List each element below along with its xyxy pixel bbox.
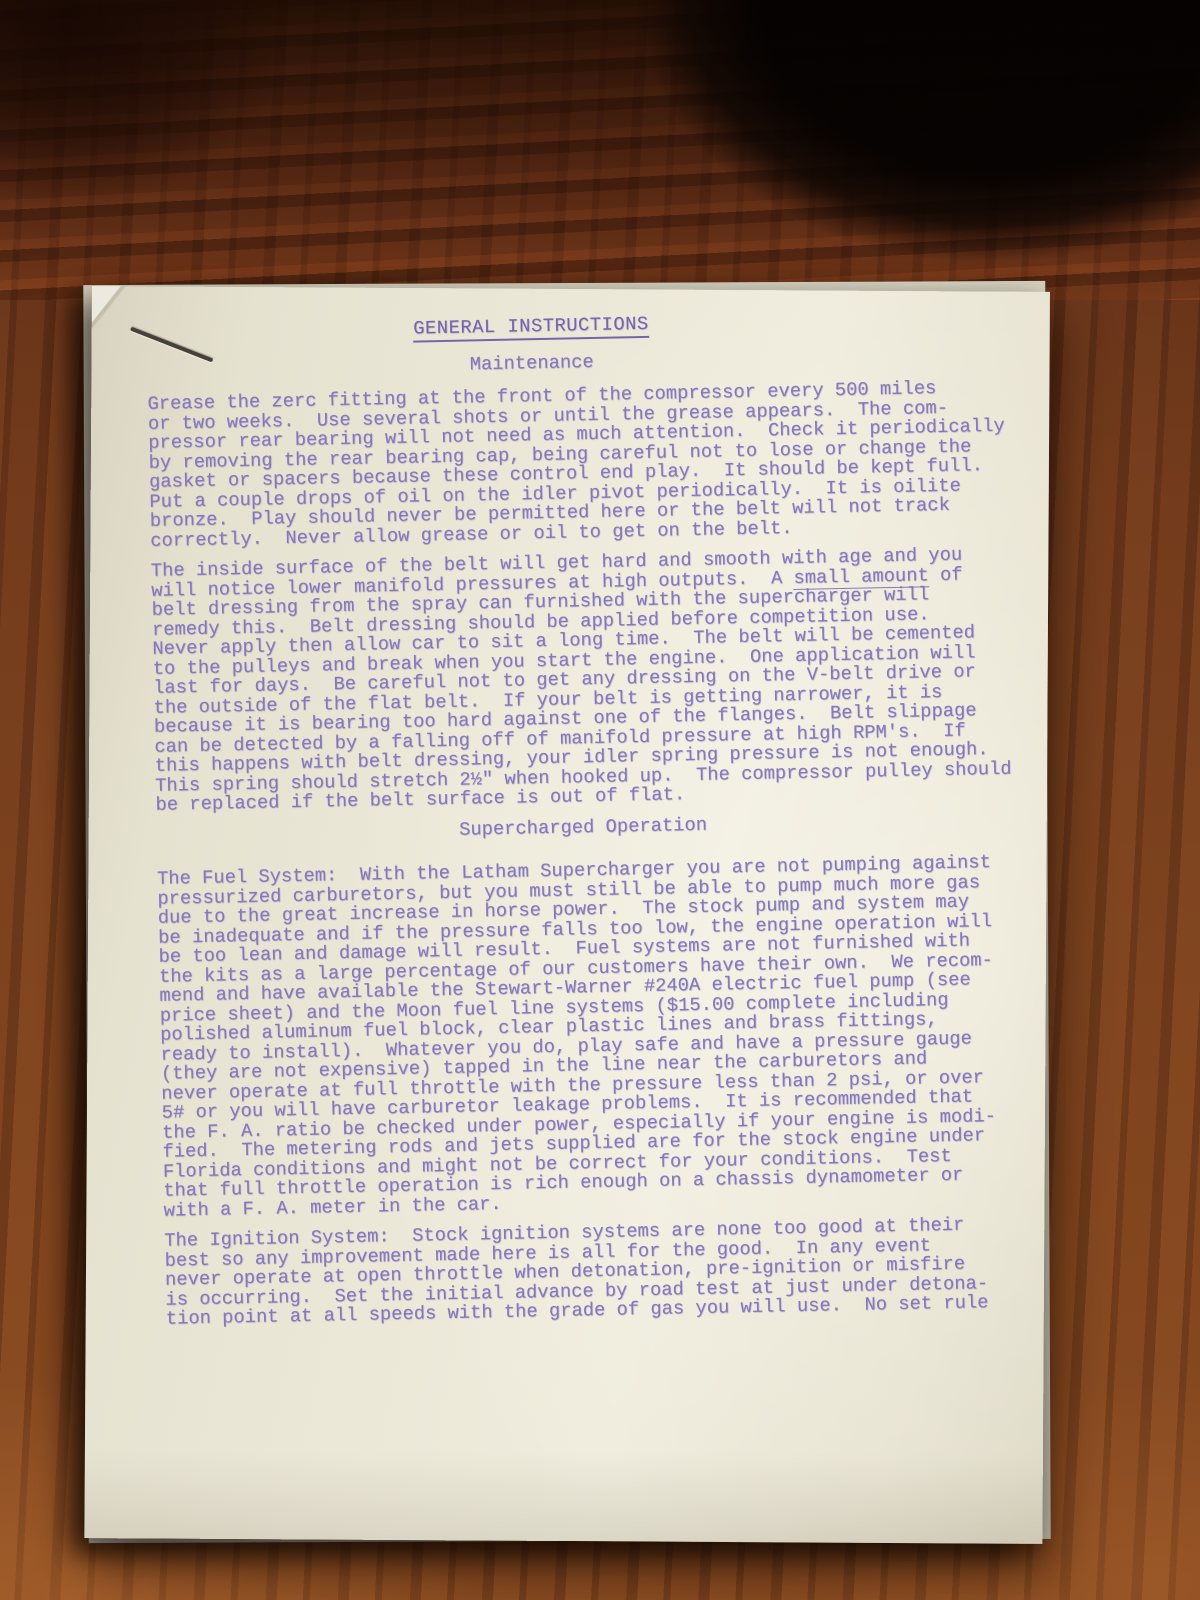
section-heading-label: Supercharged Operation [459,815,707,839]
text-segment: of [929,563,963,586]
paragraph: The inside surface of the belt will get … [151,544,1042,815]
photo: GENERAL INSTRUCTIONS MaintenanceGrease t… [0,0,1200,1600]
paragraph: The Ignition System: Stock ignition syst… [164,1214,1052,1329]
document-title: GENERAL INSTRUCTIONS [413,315,649,342]
paragraph: The Fuel System: With the Latham Superch… [157,852,1050,1221]
document-text: GENERAL INSTRUCTIONS MaintenanceGrease t… [146,303,1052,1340]
section-heading: Maintenance [147,344,1033,381]
section-heading: Supercharged Operation [156,809,1042,846]
document-body: MaintenanceGrease the zerc fitting at th… [147,344,1052,1330]
paragraph: Grease the zerc fitting at the front of … [147,377,1036,551]
document-page: GENERAL INSTRUCTIONS MaintenanceGrease t… [84,286,1050,1544]
section-heading-label: Maintenance [470,352,594,374]
title-row: GENERAL INSTRUCTIONS [146,307,1032,347]
